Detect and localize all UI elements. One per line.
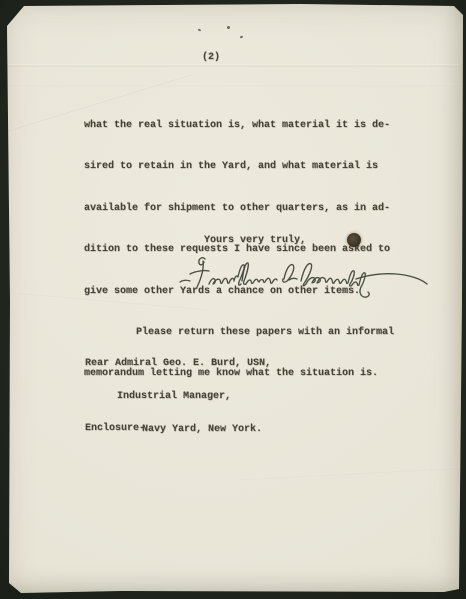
paper-crease	[8, 84, 460, 86]
closing-line: Yours very truly,	[204, 236, 306, 246]
paper-crease	[8, 64, 460, 67]
signature-franklin-d-roosevelt: Franklin D Roosevelt	[176, 251, 432, 305]
body-line: sired to retain in the Yard, and what ma…	[84, 157, 414, 176]
seal-mark	[347, 233, 361, 247]
page-number: (2)	[202, 53, 220, 63]
body-line: available for shipment to other quarters…	[84, 199, 414, 218]
paper-speck	[198, 28, 202, 31]
recipient-line: Navy Yard, New York.	[142, 424, 271, 435]
signature-stroke	[176, 251, 432, 305]
recipient-address: Rear Admiral Geo. E. Burd, USN, Industri…	[85, 336, 271, 457]
signature-name: Franklin D Roosevelt	[432, 251, 433, 252]
paper-speck	[227, 26, 230, 29]
letter-page: (2) what the real situation is, what mat…	[0, 0, 466, 599]
enclosure-note: Enclosure-	[85, 424, 145, 434]
recipient-line: Industrial Manager,	[117, 391, 271, 402]
photo-background: (2) what the real situation is, what mat…	[0, 0, 466, 599]
paper-crease	[240, 466, 466, 481]
recipient-line: Rear Admiral Geo. E. Burd, USN,	[85, 358, 271, 369]
body-line: what the real situation is, what materia…	[84, 116, 414, 135]
paper-speck	[240, 36, 244, 39]
